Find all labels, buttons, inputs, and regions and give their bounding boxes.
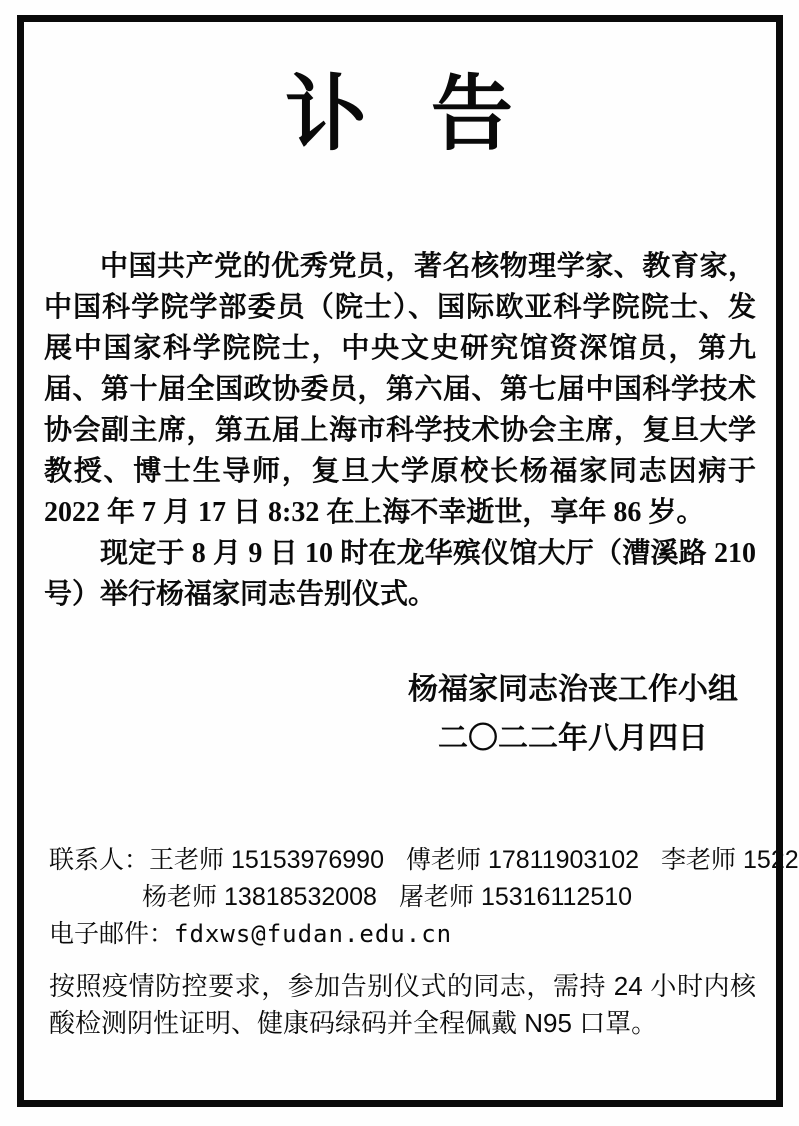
contact-person: 屠老师15316112510 <box>399 879 632 916</box>
notice-paragraph-ceremony: 现定于 8 月 9 日 10 时在龙华殡仪馆大厅（漕溪路 210 号）举行杨福家… <box>44 533 756 615</box>
email-address: fdxws@fudan.edu.cn <box>174 916 452 953</box>
contacts-row-2-body: 杨老师13818532008 屠老师15316112510 <box>142 879 632 916</box>
contacts-label: 联系人： <box>49 842 149 879</box>
notice-title: 讣 告 <box>44 66 756 164</box>
signature-date: 二〇二二年八月四日 <box>408 714 738 763</box>
contact-person: 傅老师17811903102 <box>406 842 639 879</box>
covid-requirement-note: 按照疫情防控要求，参加告别仪式的同志，需持 24 小时内核酸检测阴性证明、健康码… <box>49 968 756 1042</box>
page-content: 讣 告 中国共产党的优秀党员，著名核物理学家、教育家，中国科学院学部委员（院士）… <box>44 0 756 1126</box>
email-label: 电子邮件： <box>49 916 174 953</box>
contact-name: 李老师 <box>661 846 736 874</box>
contact-name: 屠老师 <box>399 883 474 911</box>
obituary-notice-page: { "page": { "background_color": "#fefefe… <box>0 0 799 1126</box>
contact-phone: 17811903102 <box>488 846 639 874</box>
contact-name: 杨老师 <box>142 883 217 911</box>
notice-body: 中国共产党的优秀党员，著名核物理学家、教育家，中国科学院学部委员（院士）、国际欧… <box>44 246 756 615</box>
contact-person: 李老师15221729379 <box>661 842 799 879</box>
contact-person: 王老师15153976990 <box>149 842 384 879</box>
contact-phone: 13818532008 <box>224 883 377 911</box>
contact-phone: 15316112510 <box>481 883 632 911</box>
contacts-section: 联系人： 王老师15153976990 傅老师17811903102 李老师15… <box>49 842 756 953</box>
contact-person: 杨老师13818532008 <box>142 879 377 916</box>
contacts-row-2: 杨老师13818532008 屠老师15316112510 <box>49 879 756 916</box>
contact-phone: 15153976990 <box>231 846 384 874</box>
contact-name: 傅老师 <box>406 846 481 874</box>
contact-name: 王老师 <box>149 846 224 874</box>
signature-working-group: 杨福家同志治丧工作小组 <box>408 665 738 714</box>
contacts-email-row: 电子邮件： fdxws@fudan.edu.cn <box>49 916 756 953</box>
contact-phone: 15221729379 <box>743 846 799 874</box>
notice-paragraph-biography: 中国共产党的优秀党员，著名核物理学家、教育家，中国科学院学部委员（院士）、国际欧… <box>44 246 756 533</box>
contacts-row-1-body: 王老师15153976990 傅老师17811903102 李老师1522172… <box>149 842 799 879</box>
signature-block: 杨福家同志治丧工作小组 二〇二二年八月四日 <box>408 665 738 763</box>
contacts-row-1: 联系人： 王老师15153976990 傅老师17811903102 李老师15… <box>49 842 756 879</box>
